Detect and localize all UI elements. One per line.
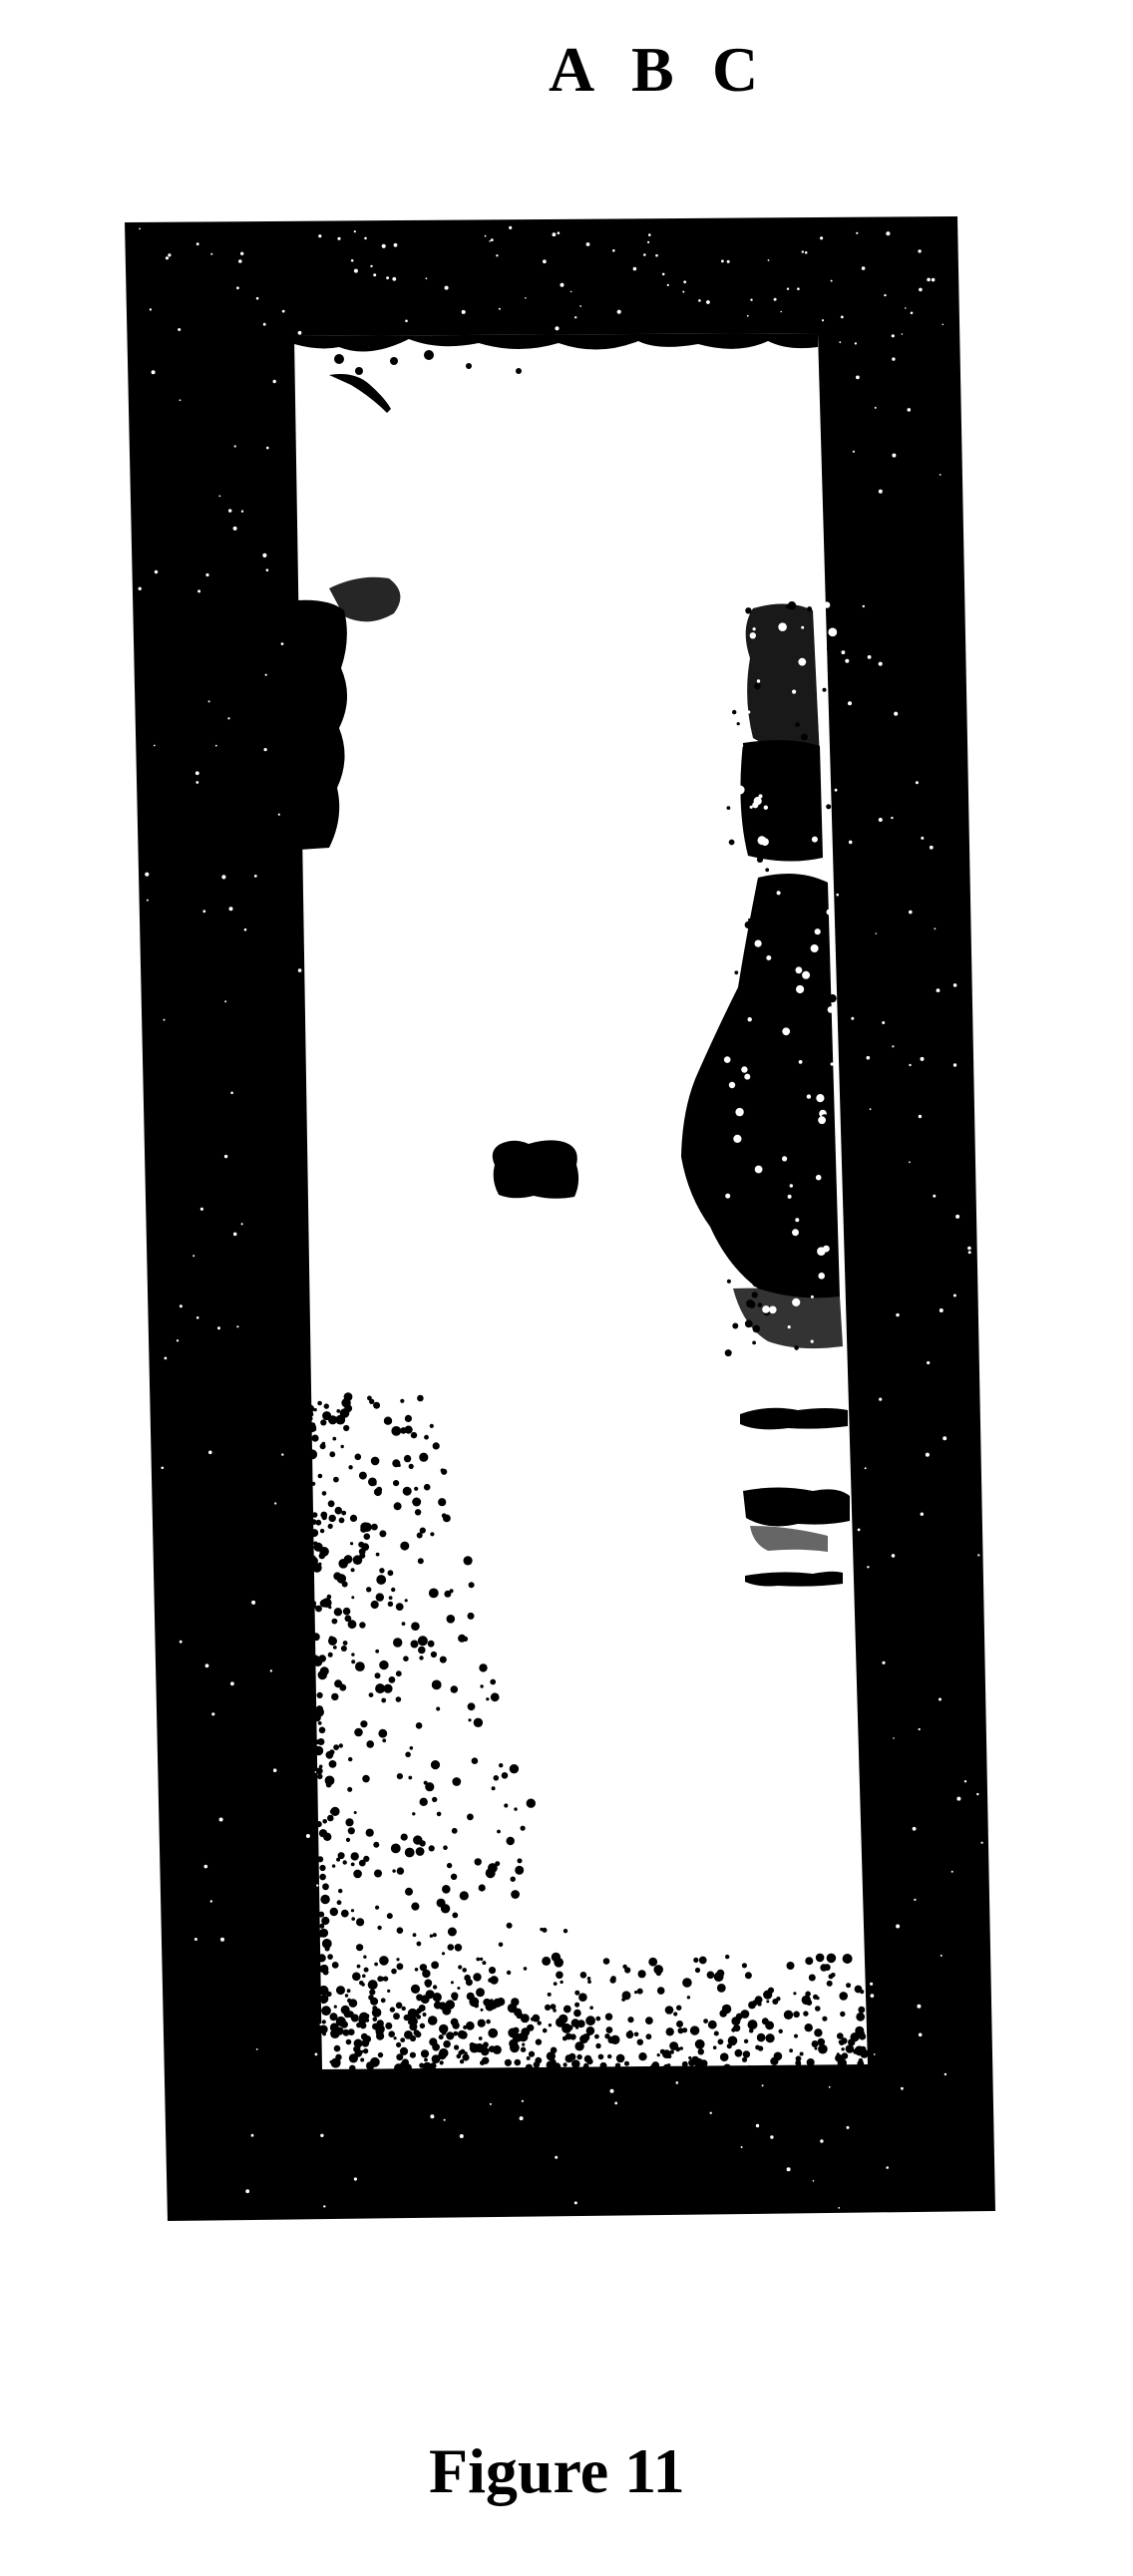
lane-b-spot <box>493 1140 578 1198</box>
figure-caption: Figure 11 <box>429 2439 685 2503</box>
gel-image <box>0 0 1133 2576</box>
